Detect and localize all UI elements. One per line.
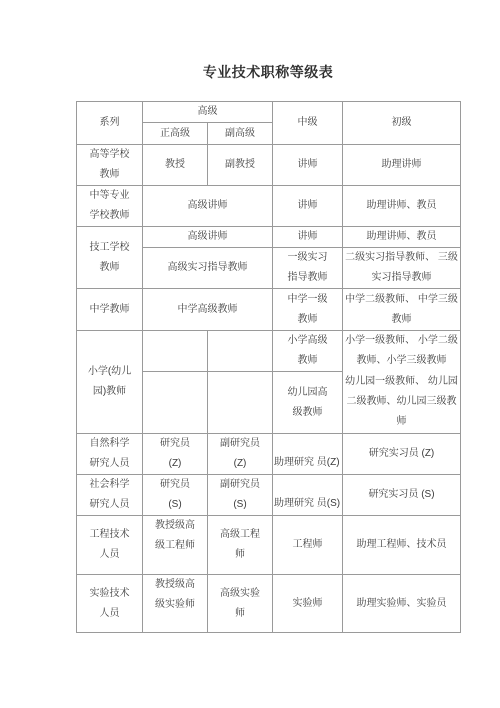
cell-primary-senior-deputy-a — [208, 331, 273, 372]
cell-primary-junior-a: 小学一级教师、 小学二级 教师、小学三级教师 — [343, 331, 461, 372]
cell-natural-science-senior-full: 研究员 (Z) — [143, 434, 208, 475]
cell-higher-ed-senior-full: 教授 — [143, 145, 208, 186]
cell-higher-ed-junior: 助理讲师 — [343, 145, 461, 186]
cell-middle-school-junior: 中学二级教师、 中学三级 教师 — [343, 289, 461, 331]
table-row: 自然科学 研究人员 研究员 (Z) 副研究员 (Z) 助理研究 员(Z) 研究实… — [77, 434, 461, 475]
cell-natural-science-series: 自然科学 研究人员 — [77, 434, 143, 475]
cell-technical-junior-b: 二级实习指导教师、 三级 实习指导教师 — [343, 248, 461, 289]
cell-higher-ed-senior-deputy: 副教授 — [208, 145, 273, 186]
cell-natural-science-intermediate: 助理研究 员(Z) — [273, 434, 343, 475]
table-row: 工程技术 人员 教授级高 级工程师 高级工程 师 工程师 助理工程师、技术员 — [77, 516, 461, 575]
header-row-1: 系列 高级 中级 初级 — [77, 102, 461, 123]
cell-higher-ed-series: 高等学校 教师 — [77, 145, 143, 186]
cell-primary-junior-b: 幼儿园一级教师、 幼儿园 二级教师、幼儿园三级教 师 — [343, 372, 461, 434]
cell-social-science-senior-full: 研究员 (S) — [143, 475, 208, 516]
cell-technical-series: 技工学校 教师 — [77, 227, 143, 289]
cell-social-science-intermediate: 助理研究 员(S) — [273, 475, 343, 516]
cell-technical-senior-a: 高级讲师 — [143, 227, 273, 248]
cell-social-science-junior: 研究实习员 (S) — [343, 475, 461, 516]
header-senior-deputy: 副高级 — [208, 123, 273, 145]
table-row: 社会科学 研究人员 研究员 (S) 副研究员 (S) 助理研究 员(S) 研究实… — [77, 475, 461, 516]
cell-laboratory-intermediate: 实验师 — [273, 575, 343, 633]
header-senior: 高级 — [143, 102, 273, 123]
cell-social-science-senior-deputy: 副研究员 (S) — [208, 475, 273, 516]
cell-higher-ed-intermediate: 讲师 — [273, 145, 343, 186]
cell-engineering-junior: 助理工程师、技术员 — [343, 516, 461, 575]
page-title: 专业技术职称等级表 — [76, 62, 460, 82]
header-junior: 初级 — [343, 102, 461, 145]
table-row: 中等专业 学校教师 高级讲师 讲师 助理讲师、教员 — [77, 186, 461, 227]
table-row: 技工学校 教师 高级讲师 讲师 助理讲师、教员 — [77, 227, 461, 248]
cell-primary-senior-deputy-b — [208, 372, 273, 434]
cell-middle-school-senior: 中学高级教师 — [143, 289, 273, 331]
cell-laboratory-senior-deputy: 高级实验 师 — [208, 575, 273, 633]
header-senior-full: 正高级 — [143, 123, 208, 145]
cell-technical-intermediate-a: 讲师 — [273, 227, 343, 248]
cell-technical-senior-b: 高级实习指导教师 — [143, 248, 273, 289]
cell-social-science-series: 社会科学 研究人员 — [77, 475, 143, 516]
cell-secondary-junior: 助理讲师、教员 — [343, 186, 461, 227]
cell-engineering-senior-full: 教授级高 级工程师 — [143, 516, 208, 575]
cell-secondary-senior: 高级讲师 — [143, 186, 273, 227]
document-page: 专业技术职称等级表 系列 高级 中级 初级 正高级 副高级 高等学校 教师 — [0, 0, 500, 708]
cell-primary-intermediate-a: 小学高级 教师 — [273, 331, 343, 372]
table-row: 实验技术 人员 教授级高 级实验师 高级实验 师 实验师 助理实验师、实验员 — [77, 575, 461, 633]
cell-secondary-series: 中等专业 学校教师 — [77, 186, 143, 227]
cell-secondary-intermediate: 讲师 — [273, 186, 343, 227]
table-row: 中学教师 中学高级教师 中学一级 教师 中学二级教师、 中学三级 教师 — [77, 289, 461, 331]
header-series: 系列 — [77, 102, 143, 145]
cell-middle-school-series: 中学教师 — [77, 289, 143, 331]
cell-primary-series: 小学(幼儿 园)教师 — [77, 331, 143, 434]
cell-laboratory-senior-full: 教授级高 级实验师 — [143, 575, 208, 633]
cell-primary-senior-full-b — [143, 372, 208, 434]
table-row: 小学(幼儿 园)教师 小学高级 教师 小学一级教师、 小学二级 教师、小学三级教… — [77, 331, 461, 372]
cell-technical-junior-a: 助理讲师、教员 — [343, 227, 461, 248]
cell-primary-senior-full-a — [143, 331, 208, 372]
cell-engineering-senior-deputy: 高级工程 师 — [208, 516, 273, 575]
cell-engineering-series: 工程技术 人员 — [77, 516, 143, 575]
header-intermediate: 中级 — [273, 102, 343, 145]
cell-natural-science-senior-deputy: 副研究员 (Z) — [208, 434, 273, 475]
cell-engineering-intermediate: 工程师 — [273, 516, 343, 575]
cell-primary-intermediate-b: 幼儿园高 级教师 — [273, 372, 343, 434]
cell-middle-school-intermediate: 中学一级 教师 — [273, 289, 343, 331]
table-row: 高等学校 教师 教授 副教授 讲师 助理讲师 — [77, 145, 461, 186]
cell-laboratory-junior: 助理实验师、实验员 — [343, 575, 461, 633]
cell-laboratory-series: 实验技术 人员 — [77, 575, 143, 633]
cell-natural-science-junior: 研究实习员 (Z) — [343, 434, 461, 475]
grade-table: 系列 高级 中级 初级 正高级 副高级 高等学校 教师 教授 副教授 讲师 助理… — [76, 101, 461, 633]
cell-technical-intermediate-b: 一级实习 指导教师 — [273, 248, 343, 289]
